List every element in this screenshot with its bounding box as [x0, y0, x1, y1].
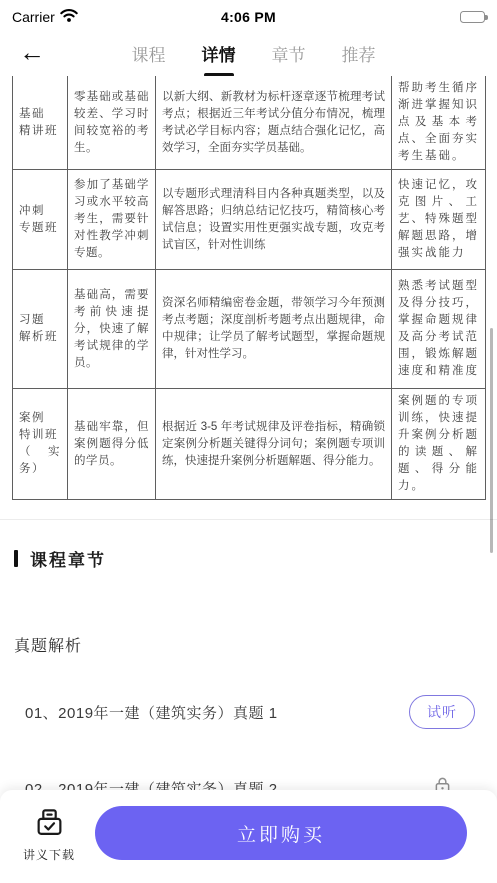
class-goal-cell: 帮助考生循序渐进掌握知识点及基本考点、全面夯实考生基础。 [392, 76, 486, 170]
handout-download-label: 讲义下载 [23, 846, 75, 863]
battery-full-icon [460, 11, 485, 23]
course-comparison-table: 基础 精讲班 零基础或基础较差、学习时间较宽裕的考生。 以新大纲、新教材为标杆逐… [12, 76, 486, 500]
table-row: 基础 精讲班 零基础或基础较差、学习时间较宽裕的考生。 以新大纲、新教材为标杆逐… [13, 76, 486, 170]
status-time: 4:06 PM [142, 9, 355, 25]
wifi-icon [60, 9, 78, 25]
class-goal-cell: 快速记忆，攻克图片、工艺、特殊题型解题思路，增强实战能力 [392, 170, 486, 270]
class-audience-cell: 参加了基础学习或水平较高考生，需要针对性教学冲刺专题。 [68, 170, 156, 270]
tab-course[interactable]: 课程 [132, 37, 166, 70]
class-name-cell: 案例 特训班 （实务） [13, 389, 68, 500]
handout-download-icon [34, 807, 65, 843]
app-screen: Carrier 4:06 PM ← 课程 详情 章节 推荐 [0, 0, 497, 883]
tab-chapters[interactable]: 章节 [272, 37, 306, 70]
arrow-left-icon: ← [19, 37, 45, 67]
bottom-action-bar: 讲义下载 立即购买 [0, 790, 497, 883]
tab-recommend[interactable]: 推荐 [342, 37, 376, 70]
lock-icon [432, 775, 453, 790]
chapters-section-title: 课程章节 [30, 546, 106, 571]
buy-now-button[interactable]: 立即购买 [95, 806, 467, 860]
divider [0, 519, 497, 520]
class-content-cell: 以新大纲、新教材为标杆逐章逐节梳理考试考点；根据近三年考试分值分布情况，梳理考试… [156, 76, 392, 170]
table-row: 案例 特训班 （实务） 基础牢靠，但案例题得分低的学员。 根据近 3-5 年考试… [13, 389, 486, 500]
tab-bar: 课程 详情 章节 推荐 [10, 37, 497, 70]
trial-listen-button[interactable]: 试听 [409, 695, 475, 729]
class-audience-cell: 零基础或基础较差、学习时间较宽裕的考生。 [68, 76, 156, 170]
class-name-cell: 基础 精讲班 [13, 76, 68, 170]
class-content-cell: 根据近 3-5 年考试规律及评卷指标，精确锁定案例分析题关键得分词句；案例题专项… [156, 389, 392, 500]
section-marker [14, 550, 18, 567]
class-audience-cell: 基础牢靠，但案例题得分低的学员。 [68, 389, 156, 500]
class-goal-cell: 熟悉考试题型及得分技巧，掌握命题规律及高分考试范围，锻炼解题速度和精准度 [392, 270, 486, 389]
carrier-label: Carrier [12, 9, 55, 25]
lesson-title: 02、2019年一建（建筑实务）真题 2 [25, 778, 410, 791]
nav-bar: ← 课程 详情 章节 推荐 [0, 30, 497, 76]
class-content-cell: 以专题形式理清科目内各种真题类型，以及解答思路；归纳总结记忆技巧，精简核心考试信… [156, 170, 392, 270]
table-row: 习题 解析班 基础高，需要考前快速提分，快速了解考试规律的学员。 资深名师精编密… [13, 270, 486, 389]
lesson-item[interactable]: 02、2019年一建（建筑实务）真题 2 [25, 766, 475, 790]
back-button[interactable]: ← [14, 36, 50, 68]
class-goal-cell: 案例题的专项训练，快速提升案例分析题的读题、解题、得分能力。 [392, 389, 486, 500]
details-scroll-area[interactable]: 基础 精讲班 零基础或基础较差、学习时间较宽裕的考生。 以新大纲、新教材为标杆逐… [0, 76, 497, 790]
lesson-item[interactable]: 01、2019年一建（建筑实务）真题 1 试听 [25, 690, 475, 734]
class-content-cell: 资深名师精编密卷金题，带领学习今年预测考点考题；深度剖析考题考点出题规律，命中规… [156, 270, 392, 389]
class-name-cell: 习题 解析班 [13, 270, 68, 389]
status-bar: Carrier 4:06 PM [0, 0, 497, 30]
class-name-cell: 冲刺 专题班 [13, 170, 68, 270]
class-audience-cell: 基础高，需要考前快速提分，快速了解考试规律的学员。 [68, 270, 156, 389]
scrollbar[interactable] [490, 328, 494, 553]
lesson-title: 01、2019年一建（建筑实务）真题 1 [25, 702, 409, 723]
tab-details[interactable]: 详情 [202, 37, 236, 70]
table-row: 冲刺 专题班 参加了基础学习或水平较高考生，需要针对性教学冲刺专题。 以专题形式… [13, 170, 486, 270]
chapters-section-header: 课程章节 [14, 546, 497, 571]
handout-download-button[interactable]: 讲义下载 [18, 807, 80, 863]
lesson-group-title: 真题解析 [14, 633, 497, 656]
